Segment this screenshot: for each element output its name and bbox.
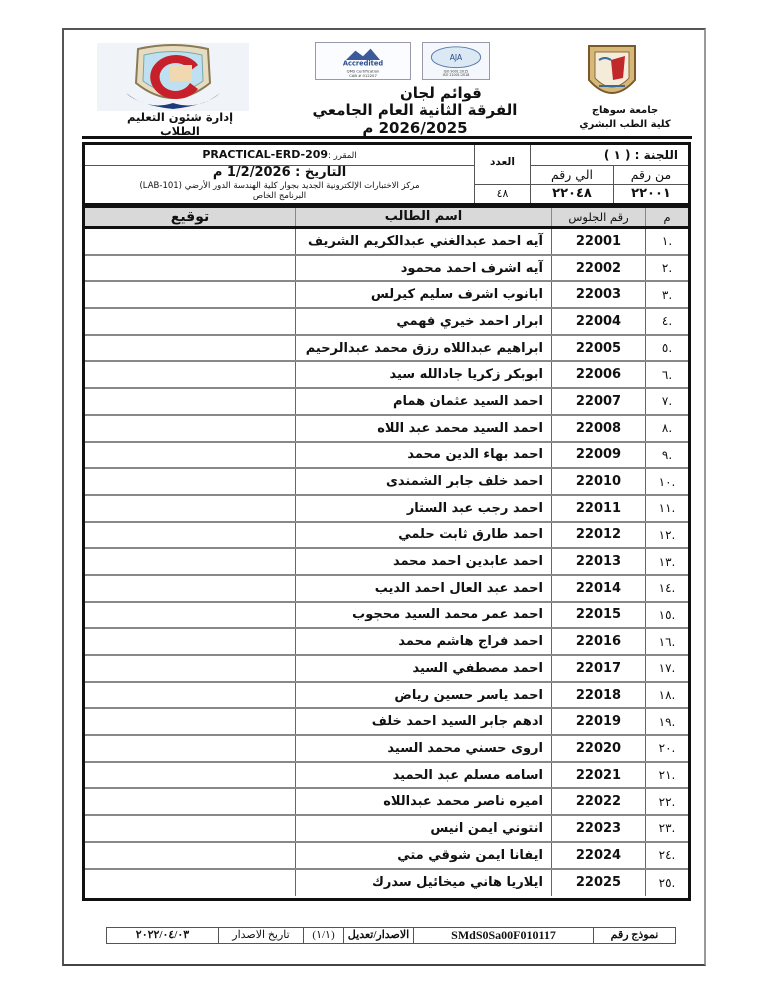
row-index: .٢٢ [645, 789, 688, 814]
table-row: .٢٥22025ايلاريا هاني ميخائيل سدرك [85, 870, 688, 897]
svg-text:CAB # 012207: CAB # 012207 [349, 73, 377, 78]
student-affairs-caption: إدارة شئون التعليم الطلاب [110, 110, 250, 138]
signature-cell[interactable] [85, 469, 295, 494]
row-index: .٢ [645, 256, 688, 281]
table-row: .١٦22016احمد فراج هاشم محمد [85, 629, 688, 656]
student-name: احمد فراج هاشم محمد [295, 629, 551, 654]
student-name: ابراهيم عبداللاه رزق محمد عبدالرحيم [295, 336, 551, 361]
row-index: .١٤ [645, 576, 688, 601]
row-index: .٤ [645, 309, 688, 334]
table-row: .١١22011احمد رجب عبد الستار [85, 496, 688, 523]
student-name: ادهم جابر السيد احمد خلف [295, 709, 551, 734]
signature-cell[interactable] [85, 416, 295, 441]
table-header: م رقم الجلوس اسم الطالب توقيع [85, 208, 688, 229]
row-index: .٢٣ [645, 816, 688, 841]
university-name: جامعة سوهاج [570, 104, 680, 118]
student-name: ايلاريا هاني ميخائيل سدرك [295, 870, 551, 897]
seat-number: 22019 [551, 709, 645, 734]
table-row: .٩22009احمد بهاء الدين محمد [85, 443, 688, 470]
student-name: آيه اشرف احمد محمود [295, 256, 551, 281]
table-row: .٨22008احمد السيد محمد عبد اللاه [85, 416, 688, 443]
row-index: .١١ [645, 496, 688, 521]
course-value: PRACTICAL-ERD-209 [202, 148, 328, 161]
form-number-label: نموذج رقم [593, 928, 675, 943]
table-row: .٥22005ابراهيم عبداللاه رزق محمد عبدالرح… [85, 336, 688, 363]
committee-label: اللجنة : ( ١ ) [530, 145, 688, 166]
signature-cell[interactable] [85, 870, 295, 897]
student-name: ابوبكر زكريا جادالله سيد [295, 362, 551, 387]
signature-cell[interactable] [85, 256, 295, 281]
row-index: .١٣ [645, 549, 688, 574]
table-row: .١٧22017احمد مصطفي السيد [85, 656, 688, 683]
signature-cell[interactable] [85, 443, 295, 468]
seat-number: 22023 [551, 816, 645, 841]
student-name: احمد السيد محمد عبد اللاه [295, 416, 551, 441]
table-row: .١٣22013احمد عابدين احمد محمد [85, 549, 688, 576]
student-name: آيه احمد عبدالغني عبدالكريم الشريف [295, 229, 551, 254]
row-index: .٩ [645, 443, 688, 468]
form-number-value: SMdS0Sa00F010117 [413, 928, 593, 943]
header-index: م [645, 208, 688, 226]
exam-date: التاريخ : 1/2/2026 م [85, 166, 474, 181]
issue-date-value: ٢٠٢٢/٠٤/٠٣ [107, 928, 218, 943]
table-row: .١٢22012احمد طارق ثابت حلمي [85, 523, 688, 550]
signature-cell[interactable] [85, 709, 295, 734]
signature-cell[interactable] [85, 336, 295, 361]
student-name: احمد عابدين احمد محمد [295, 549, 551, 574]
signature-cell[interactable] [85, 656, 295, 681]
document-header: إدارة شئون التعليم الطلاب Accredited QMS… [0, 0, 768, 140]
location-line: مركز الاختبارات الإلكترونية الجديد بجوار… [85, 181, 474, 191]
seat-number: 22015 [551, 603, 645, 628]
seat-number: 22016 [551, 629, 645, 654]
seat-number: 22024 [551, 843, 645, 868]
seat-number: 22022 [551, 789, 645, 814]
table-row: .٦22006ابوبكر زكريا جادالله سيد [85, 362, 688, 389]
signature-cell[interactable] [85, 736, 295, 761]
signature-cell[interactable] [85, 309, 295, 334]
students-table: م رقم الجلوس اسم الطالب توقيع .١22001آيه… [82, 206, 691, 901]
signature-cell[interactable] [85, 816, 295, 841]
row-index: .٢٠ [645, 736, 688, 761]
signature-cell[interactable] [85, 229, 295, 254]
seat-number: 22014 [551, 576, 645, 601]
student-name: احمد مصطفي السيد [295, 656, 551, 681]
document-subtitle: الفرقة الثانية العام الجامعي 2026/2025 م [270, 101, 560, 137]
issue-date-label: تاريخ الاصدار [218, 928, 303, 943]
row-index: .٧ [645, 389, 688, 414]
table-row: .٤22004ابرار احمد خيري فهمي [85, 309, 688, 336]
student-name: انتوني ايمن انيس [295, 816, 551, 841]
university-caption: جامعة سوهاج كلية الطب البشري [570, 104, 680, 132]
seat-number: 22025 [551, 870, 645, 897]
count-label: العدد [474, 145, 530, 185]
table-row: .٧22007احمد السيد عثمان همام [85, 389, 688, 416]
row-index: .٢٤ [645, 843, 688, 868]
table-row: .٢22002آيه اشرف احمد محمود [85, 256, 688, 283]
seat-number: 22004 [551, 309, 645, 334]
row-index: .١٥ [645, 603, 688, 628]
student-name: احمد خلف جابر الشمندى [295, 469, 551, 494]
header-divider [82, 136, 692, 139]
seat-number: 22003 [551, 282, 645, 307]
table-row: .٢٠22020اروى حسني محمد السيد [85, 736, 688, 763]
revision-label: الاصدار/تعديل [343, 928, 413, 943]
student-name: اميره ناصر محمد عبداللاه [295, 789, 551, 814]
to-number-value: ٢٢٠٤٨ [530, 185, 613, 203]
student-name: اسامه مسلم عبد الحميد [295, 763, 551, 788]
table-body: .١22001آيه احمد عبدالغني عبدالكريم الشري… [85, 229, 688, 896]
student-name: احمد بهاء الدين محمد [295, 443, 551, 468]
signature-cell[interactable] [85, 362, 295, 387]
table-row: .١٨22018احمد ياسر حسين رياض [85, 683, 688, 710]
seat-number: 22007 [551, 389, 645, 414]
seat-number: 22006 [551, 362, 645, 387]
seat-number: 22009 [551, 443, 645, 468]
header-seat-number: رقم الجلوس [551, 208, 645, 226]
seat-number: 22018 [551, 683, 645, 708]
form-footer: نموذج رقم SMdS0Sa00F010117 الاصدار/تعديل… [106, 927, 676, 944]
row-index: .١٨ [645, 683, 688, 708]
faculty-name: كلية الطب البشري [570, 118, 680, 132]
from-number-value: ٢٢٠٠١ [613, 185, 688, 203]
svg-text:ISO 21001:2018: ISO 21001:2018 [443, 73, 470, 77]
row-index: .١ [645, 229, 688, 254]
row-index: .٦ [645, 362, 688, 387]
aja-certification-logo: AJA ISO 9001:2015 ISO 21001:2018 [422, 42, 490, 80]
row-index: .٨ [645, 416, 688, 441]
seat-number: 22005 [551, 336, 645, 361]
row-index: .١٢ [645, 523, 688, 548]
student-name: احمد رجب عبد الستار [295, 496, 551, 521]
sohag-university-logo [583, 42, 641, 104]
seat-number: 22013 [551, 549, 645, 574]
seat-number: 22001 [551, 229, 645, 254]
table-row: .٢٢22022اميره ناصر محمد عبداللاه [85, 789, 688, 816]
faculty-of-medicine-logo [97, 43, 249, 111]
signature-cell[interactable] [85, 389, 295, 414]
accreditation-icon: Accredited QMS Certification CAB # 01220… [316, 43, 410, 79]
row-index: .٢١ [645, 763, 688, 788]
table-row: .١٠22010احمد خلف جابر الشمندى [85, 469, 688, 496]
signature-cell[interactable] [85, 603, 295, 628]
table-row: .١٥22015احمد عمر محمد السيد محجوب [85, 603, 688, 630]
student-name: احمد طارق ثابت حلمي [295, 523, 551, 548]
signature-cell[interactable] [85, 629, 295, 654]
exam-location: مركز الاختبارات الإلكترونية الجديد بجوار… [85, 181, 474, 203]
seat-number: 22020 [551, 736, 645, 761]
revision-value: (١/١) [303, 928, 343, 943]
course-label: المقرر : [328, 151, 357, 161]
course-field: المقرر :PRACTICAL-ERD-209 [85, 145, 474, 166]
table-row: .١٩22019ادهم جابر السيد احمد خلف [85, 709, 688, 736]
row-index: .٣ [645, 282, 688, 307]
seat-number: 22012 [551, 523, 645, 548]
qms-accreditation-logo: Accredited QMS Certification CAB # 01220… [315, 42, 411, 80]
signature-cell[interactable] [85, 282, 295, 307]
from-number-label: من رقم [613, 166, 688, 185]
university-emblem-icon [583, 42, 641, 104]
svg-text:Accredited: Accredited [343, 60, 383, 68]
to-number-label: الي رقم [530, 166, 613, 185]
program-line: البرنامج الخاص [85, 191, 474, 201]
signature-cell[interactable] [85, 789, 295, 814]
table-row: .١٤22014احمد عبد العال احمد الديب [85, 576, 688, 603]
table-row: .١22001آيه احمد عبدالغني عبدالكريم الشري… [85, 229, 688, 256]
student-name: احمد السيد عثمان همام [295, 389, 551, 414]
row-index: .٢٥ [645, 870, 688, 897]
count-value: ٤٨ [474, 185, 530, 203]
aja-icon: AJA ISO 9001:2015 ISO 21001:2018 [423, 43, 489, 79]
exam-info-table: اللجنة : ( ١ ) من رقم الي رقم ٢٢٠٠١ ٢٢٠٤… [82, 142, 691, 206]
seat-number: 22021 [551, 763, 645, 788]
header-signature: توقيع [85, 208, 295, 226]
signature-cell[interactable] [85, 523, 295, 548]
table-row: .٢١22021اسامه مسلم عبد الحميد [85, 763, 688, 790]
signature-cell[interactable] [85, 576, 295, 601]
seat-number: 22010 [551, 469, 645, 494]
student-name: ابانوب اشرف سليم كيرلس [295, 282, 551, 307]
header-student-name: اسم الطالب [295, 208, 551, 226]
signature-cell[interactable] [85, 683, 295, 708]
table-row: .٢٣22023انتوني ايمن انيس [85, 816, 688, 843]
seat-number: 22011 [551, 496, 645, 521]
seat-number: 22008 [551, 416, 645, 441]
student-name: ايفانا ايمن شوقي متي [295, 843, 551, 868]
row-index: .١٦ [645, 629, 688, 654]
faculty-logo-icon [98, 43, 248, 111]
signature-cell[interactable] [85, 843, 295, 868]
student-name: احمد عمر محمد السيد محجوب [295, 603, 551, 628]
row-index: .١٩ [645, 709, 688, 734]
seat-number: 22017 [551, 656, 645, 681]
seat-number: 22002 [551, 256, 645, 281]
svg-text:AJA: AJA [450, 53, 463, 62]
student-name: اروى حسني محمد السيد [295, 736, 551, 761]
student-name: ابرار احمد خيري فهمي [295, 309, 551, 334]
signature-cell[interactable] [85, 549, 295, 574]
table-row: .٢٤22024ايفانا ايمن شوقي متي [85, 843, 688, 870]
table-row: .٣22003ابانوب اشرف سليم كيرلس [85, 282, 688, 309]
signature-cell[interactable] [85, 763, 295, 788]
student-name: احمد ياسر حسين رياض [295, 683, 551, 708]
row-index: .١٠ [645, 469, 688, 494]
signature-cell[interactable] [85, 496, 295, 521]
row-index: .٥ [645, 336, 688, 361]
student-name: احمد عبد العال احمد الديب [295, 576, 551, 601]
row-index: .١٧ [645, 656, 688, 681]
